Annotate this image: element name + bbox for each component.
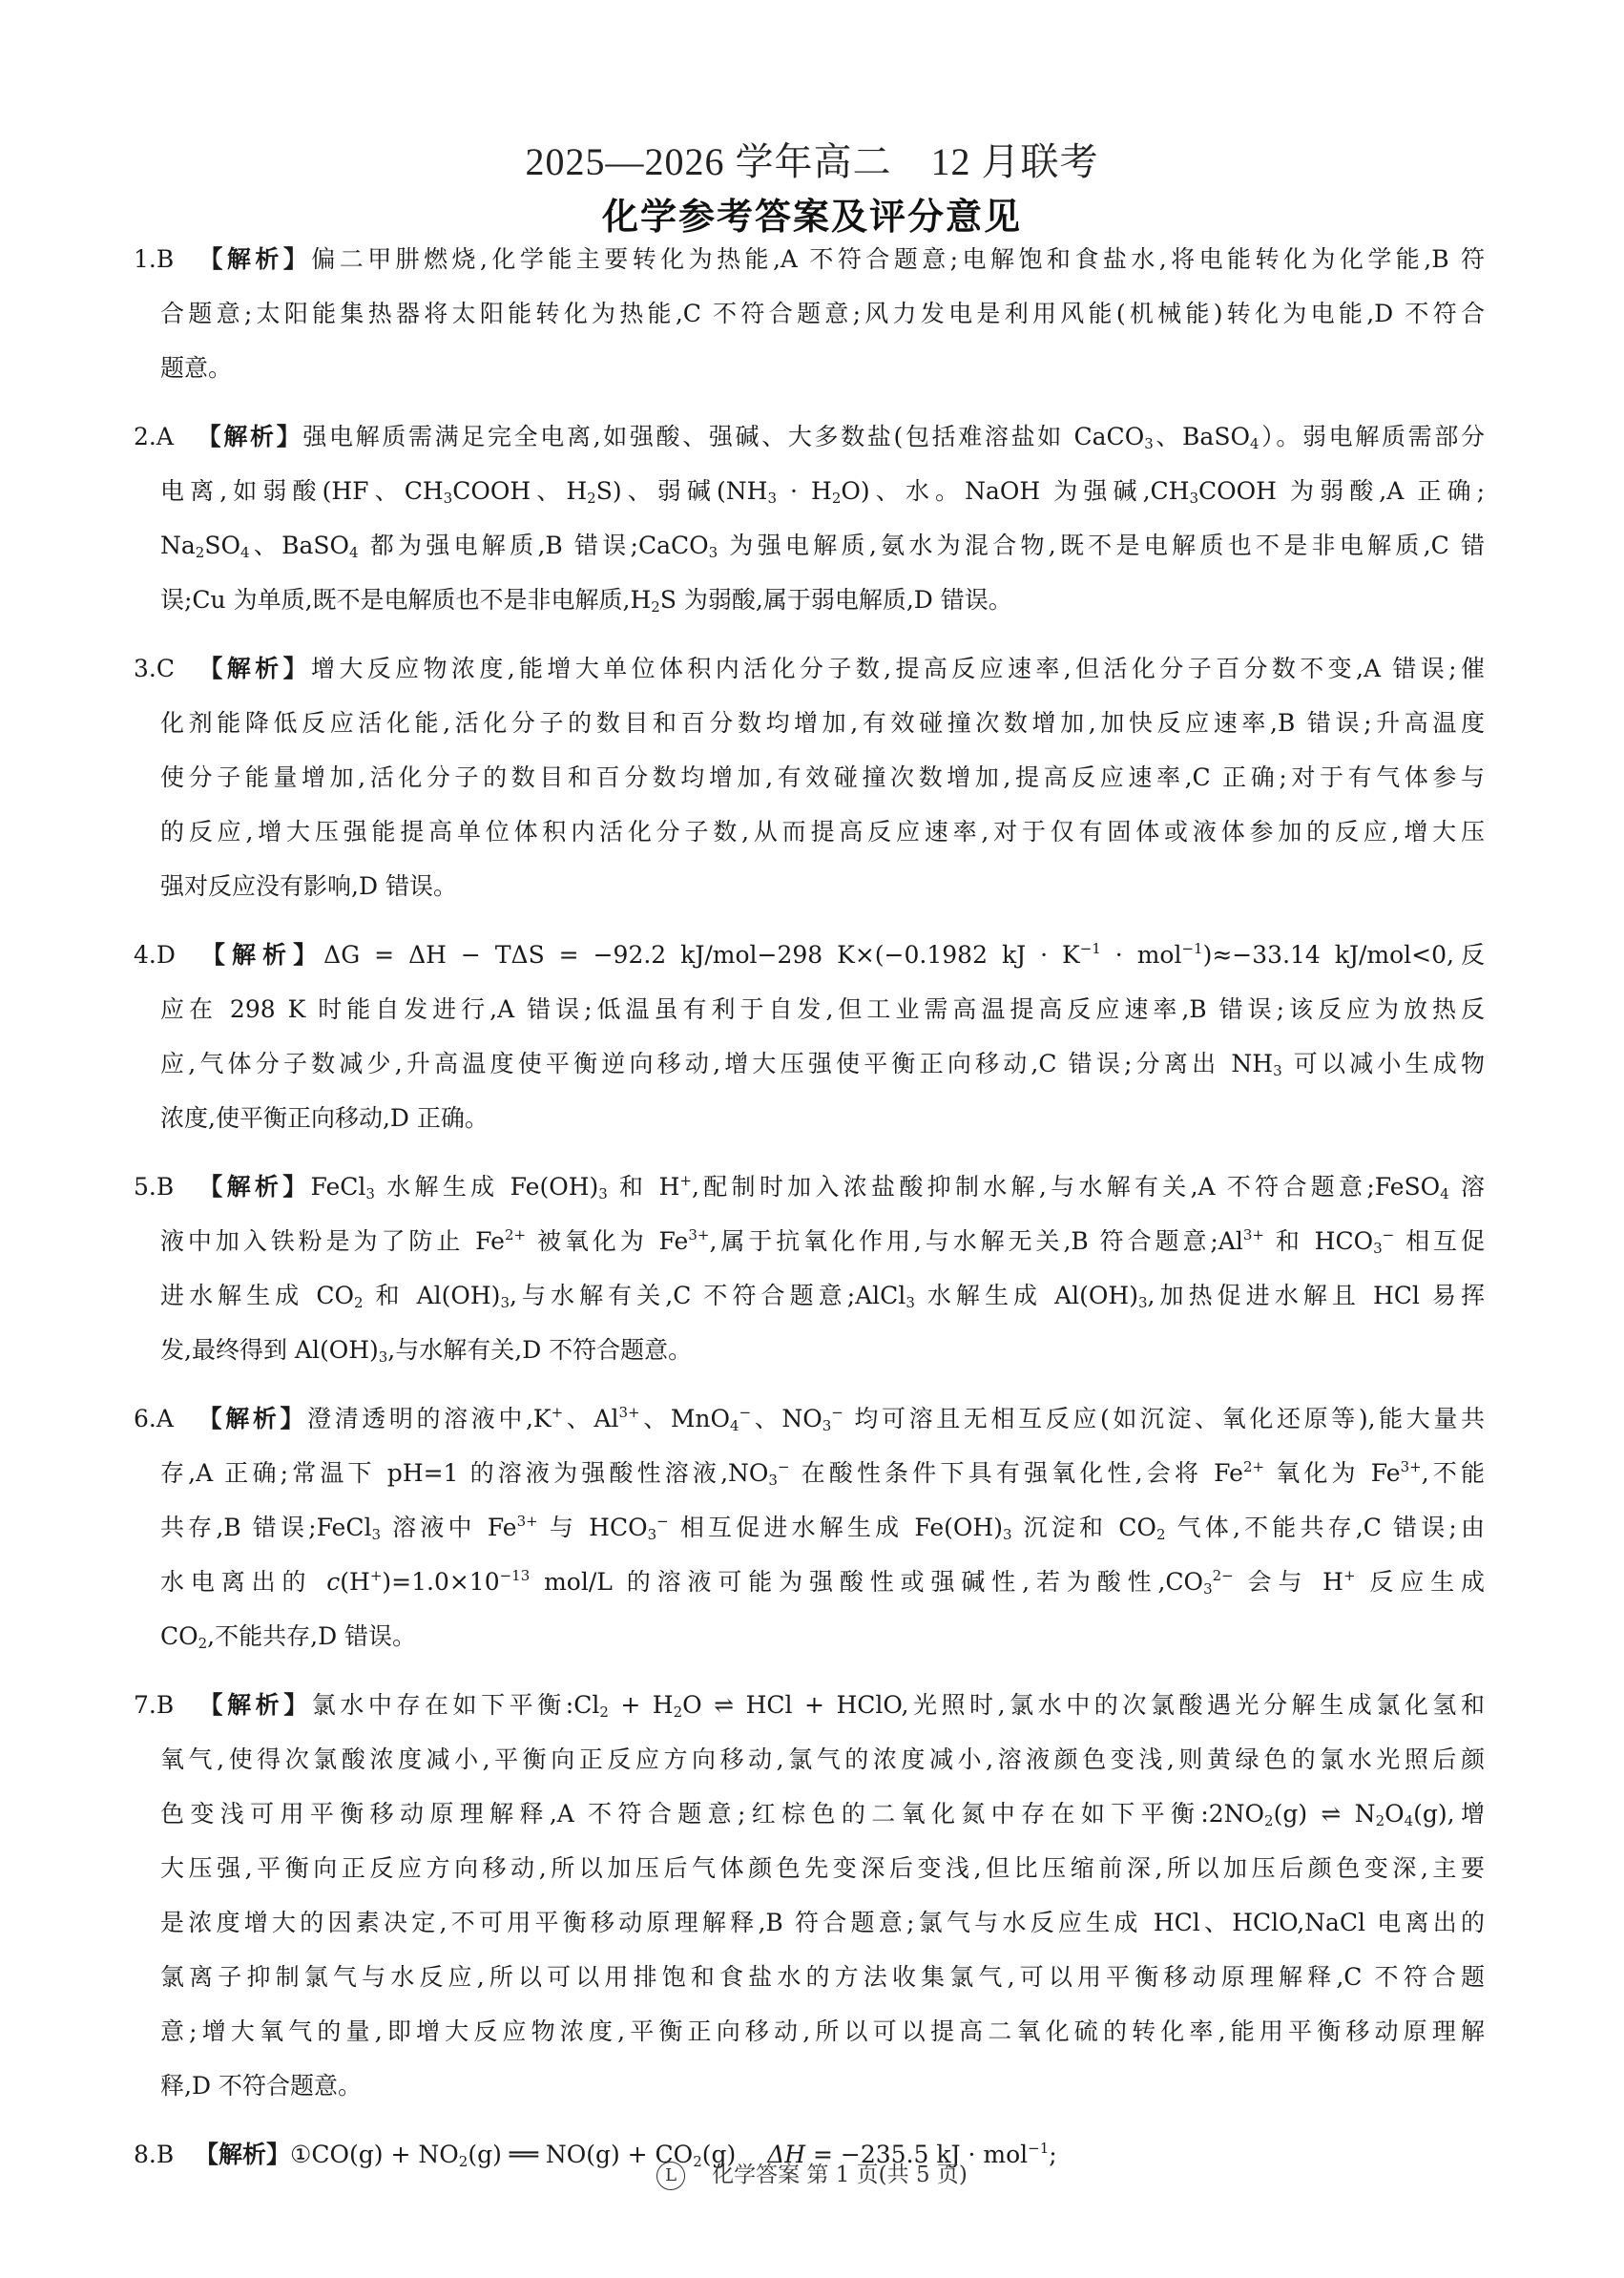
question-number: 1.B (134, 240, 195, 279)
text-segment: 合题意;太阳能集热器将太阳能转化为热能,C 不符合题意;风力发电是利用风能(机械… (160, 300, 1485, 327)
text-segment: 3+ (618, 1404, 639, 1421)
answer-first-line: 2.A【解析】强电解质需满足完全电离,如强酸、强碱、大多数盐(包括难溶盐如 Ca… (134, 418, 1485, 472)
text-segment: −1 (1028, 2140, 1049, 2157)
text-segment: 3 (767, 490, 777, 507)
text-segment: COOH、H (452, 477, 587, 505)
text-segment: 误;Cu 为单质,既不是电解质也不是非电解质,H (160, 586, 651, 614)
text-segment: 溶 (1449, 1173, 1485, 1201)
text-segment: 会与 H (1234, 1568, 1343, 1596)
text-segment: 3 (379, 1348, 388, 1366)
text-segment: 3+ (517, 1513, 538, 1530)
answer-item: 5.B【解析】FeCl3 水解生成 Fe(OH)3 和 H+,配制时加入浓盐酸抑… (134, 1168, 1485, 1386)
answer-item: 2.A【解析】强电解质需满足完全电离,如强酸、强碱、大多数盐(包括难溶盐如 Ca… (134, 418, 1485, 636)
answer-first-line: 3.C【解析】增大反应物浓度,能增大单位体积内活化分子数,提高反应速率,但活化分… (134, 650, 1485, 704)
answer-line: 合题意;太阳能集热器将太阳能转化为热能,C 不符合题意;风力发电是利用风能(机械… (134, 295, 1485, 349)
text-segment: 、NO (751, 1405, 822, 1432)
text-segment: 水电离出的 (160, 1568, 326, 1596)
answer-line: 化剂能降低反应活化能,活化分子的数目和百分数均增加,有效碰撞次数增加,加快反应速… (134, 704, 1485, 759)
text-segment: 为强电解质,氨水为混合物,既不是电解质也不是非电解质,C 错 (718, 532, 1485, 559)
text-segment: · mol (1101, 941, 1182, 969)
text-segment: 2 (198, 1635, 208, 1652)
answer-line: 大压强,平衡向正反应方向移动,所以加压后气体颜色先变深后变浅,但比压缩前深,所以… (134, 1850, 1485, 1904)
text-segment: − (831, 1404, 843, 1421)
text-segment: · H (777, 477, 832, 505)
exam-title: 2025—2026 学年高二 12 月联考 (0, 132, 1624, 186)
text-segment: 2 (1376, 1812, 1385, 1829)
answer-line: 浓度,使平衡正向移动,D 正确。 (134, 1099, 1485, 1154)
text-segment: ,配制时加入浓盐酸抑制水解,与水解有关,A 不符合题意;FeSO (692, 1173, 1440, 1201)
text-segment: 3 (365, 1185, 375, 1202)
text-segment: ）。弱电解质需部分 (1260, 423, 1485, 450)
publisher-logo-icon: L (656, 2162, 685, 2190)
answer-line: 使分子能量增加,活化分子的数目和百分数均增加,有效碰撞次数增加,提高反应速率,C… (134, 759, 1485, 813)
answer-line: 应,气体分子数减少,升高温度使平衡逆向移动,增大压强使平衡正向移动,C 错误;分… (134, 1045, 1485, 1099)
text-segment: 化剂能降低反应活化能,活化分子的数目和百分数均增加,有效碰撞次数增加,加快反应速… (160, 709, 1485, 737)
text-segment: 4 (1440, 1185, 1449, 1202)
text-segment: 的反应,增大压强能提高单位体积内活化分子数,从而提高反应速率,对于仅有固体或液体… (160, 818, 1485, 846)
answer-line: 液中加入铁粉是为了防止 Fe2+ 被氧化为 Fe3+,属于抗氧化作用,与水解无关… (134, 1223, 1485, 1277)
text-segment: 4 (1405, 1812, 1414, 1829)
text-segment: 2 (674, 1703, 683, 1721)
text-segment: 4 (349, 544, 359, 561)
text-segment: 水解生成 Al(OH) (915, 1282, 1138, 1309)
text-segment: ,属于抗氧化作用,与水解无关,B 符合题意;Al (709, 1227, 1242, 1255)
text-segment: ,与水解有关,D 不符合题意。 (387, 1336, 692, 1364)
text-segment: 3 (906, 1294, 915, 1311)
question-number: 7.B (134, 1686, 195, 1724)
document-title: 化学参考答案及评分意见 (0, 187, 1624, 240)
answer-first-line: 5.B【解析】FeCl3 水解生成 Fe(OH)3 和 H+,配制时加入浓盐酸抑… (134, 1168, 1485, 1223)
text-segment: S)、弱碱(NH (596, 477, 768, 505)
text-segment: 均可溶且无相互反应(如沉淀、氧化还原等),能大量共 (843, 1405, 1485, 1432)
text-segment: − (656, 1513, 669, 1530)
answer-line: 强对反应没有影响,D 错误。 (134, 867, 1485, 922)
text-segment: )=1.0×10 (382, 1568, 499, 1596)
analysis-label: 【解析】 (195, 1691, 312, 1719)
text-segment: 发,最终得到 Al(OH) (160, 1336, 379, 1364)
text-segment: 3 (444, 490, 453, 507)
text-segment: ,与水解有关,C 不符合题意;AlCl (510, 1282, 906, 1309)
text-segment: ,加热促进水解且 HCl 易挥 (1148, 1282, 1485, 1309)
text-segment: 3+ (1401, 1458, 1422, 1475)
answer-first-line: 7.B【解析】氯水中存在如下平衡:Cl2 + H2O ⇌ HCl + HClO,… (134, 1686, 1485, 1741)
text-segment: + (679, 1172, 692, 1189)
answer-line: 氯离子抑制氯气与水反应,所以可以用排饱和食盐水的方法收集氯气,可以用平衡移动原理… (134, 1958, 1485, 2013)
text-segment: 2 (599, 1703, 609, 1721)
text-segment: 电离,如弱酸(HF、CH (160, 477, 444, 505)
text-segment: 氧化为 Fe (1264, 1459, 1401, 1487)
text-segment: 被氧化为 Fe (526, 1227, 688, 1255)
answer-item: 1.B【解析】偏二甲肼燃烧,化学能主要转化为热能,A 不符合题意;电解饱和食盐水… (134, 240, 1485, 404)
text-segment: + (370, 1567, 383, 1584)
text-segment: ,不能 (1422, 1459, 1485, 1487)
text-segment: 2 (587, 490, 596, 507)
text-segment: 偏二甲肼燃烧,化学能主要转化为热能,A 不符合题意;电解饱和食盐水,将电能转化为… (311, 245, 1485, 273)
text-segment: 大压强,平衡向正反应方向移动,所以加压后气体颜色先变深后变浅,但比压缩前深,所以… (160, 1854, 1485, 1882)
text-segment: −13 (500, 1567, 531, 1584)
text-segment: 反应生成 (1356, 1568, 1485, 1596)
text-segment: )≈−33.14 kJ/mol<0,反 (1203, 941, 1485, 969)
text-segment: 3 (1273, 1062, 1282, 1079)
text-segment: 、BaSO (1154, 423, 1250, 450)
text-segment: − (739, 1404, 752, 1421)
text-segment: 与 HCO (538, 1514, 648, 1541)
text-segment: 3 (648, 1526, 657, 1543)
answer-first-line: 1.B【解析】偏二甲肼燃烧,化学能主要转化为热能,A 不符合题意;电解饱和食盐水… (134, 240, 1485, 295)
text-segment: 3+ (688, 1226, 709, 1243)
question-number: 2.A (134, 418, 195, 456)
answer-line: 释,D 不符合题意。 (134, 2067, 1485, 2121)
text-segment: 、BaSO (250, 532, 349, 559)
text-segment: 3 (1189, 490, 1198, 507)
answer-item: 7.B【解析】氯水中存在如下平衡:Cl2 + H2O ⇌ HCl + HClO,… (134, 1686, 1485, 2121)
text-segment: 和 Al(OH) (364, 1282, 501, 1309)
answer-item: 6.A【解析】澄清透明的溶液中,K+、Al3+、MnO4−、NO3− 均可溶且无… (134, 1400, 1485, 1672)
answer-line: 是浓度增大的因素决定,不可用平衡移动原理解释,B 符合题意;氯气与水反应生成 H… (134, 1904, 1485, 1958)
answer-line: 应在 298 K 时能自发进行,A 错误;低温虽有利于自发,但工业需高温提高反应… (134, 991, 1485, 1045)
text-segment: 相互促进水解生成 Fe(OH) (669, 1514, 1003, 1541)
text-segment: 2 (354, 1294, 364, 1311)
question-number: 3.C (134, 650, 195, 688)
text-segment: 、Al (563, 1405, 618, 1432)
text-segment: 增大反应物浓度,能增大单位体积内活化分子数,提高反应速率,但活化分子百分数不变,… (311, 655, 1485, 682)
text-segment: (g),增 (1413, 1800, 1485, 1828)
text-segment: 意;增大氧气的量,即增大反应物浓度,平衡正向移动,所以可以提高二氧化硫的转化率,… (160, 2017, 1485, 2045)
text-segment: + H (609, 1691, 674, 1719)
analysis-label: 【解析】 (195, 1173, 311, 1201)
answer-line: 发,最终得到 Al(OH)3,与水解有关,D 不符合题意。 (134, 1331, 1485, 1386)
answer-first-line: 4.D【解析】ΔG = ΔH − TΔS = −92.2 kJ/mol−298 … (134, 936, 1485, 991)
text-segment: 浓度,使平衡正向移动,D 正确。 (160, 1104, 489, 1132)
answer-list: 1.B【解析】偏二甲肼燃烧,化学能主要转化为热能,A 不符合题意;电解饱和食盐水… (134, 240, 1485, 2205)
analysis-label: 【解析】 (195, 1405, 307, 1432)
text-segment: ΔG = ΔH − TΔS = −92.2 kJ/mol−298 K×(−0.1… (323, 941, 1080, 969)
text-segment: 氯水中存在如下平衡:Cl (312, 1691, 600, 1719)
text-segment: 和 H (608, 1173, 680, 1201)
answer-line: 电离,如弱酸(HF、CH3COOH、H2S)、弱碱(NH3 · H2O)、水。N… (134, 472, 1485, 527)
text-segment: O)、水。NaOH 为强碱,CH (841, 477, 1189, 505)
page-footer: L化学答案 第 1 页(共 5 页) (0, 2157, 1624, 2190)
text-segment: 液中加入铁粉是为了防止 Fe (160, 1227, 505, 1255)
page-number-text: 化学答案 第 1 页(共 5 页) (712, 2163, 968, 2187)
text-segment: 存,A 正确;常温下 pH=1 的溶液为强酸性溶液,NO (160, 1459, 768, 1487)
text-segment: 3 (822, 1417, 832, 1434)
text-segment: 2 (651, 598, 660, 616)
answer-line: 水电离出的 c(H+)=1.0×10−13 mol/L 的溶液可能为强酸性或强碱… (134, 1563, 1485, 1618)
text-segment: 可以减小生成物 (1282, 1050, 1485, 1077)
text-segment: 是浓度增大的因素决定,不可用平衡移动原理解释,B 符合题意;氯气与水反应生成 H… (160, 1909, 1485, 1936)
text-segment: CO (160, 1622, 198, 1650)
text-segment: 色变浅可用平衡移动原理解释,A 不符合题意;红棕色的二氧化氮中存在如下平衡:2N… (160, 1800, 1264, 1828)
text-segment: 3 (500, 1294, 510, 1311)
text-segment: 共存,B 错误;FeCl (160, 1514, 371, 1541)
text-segment: 3 (1003, 1526, 1012, 1543)
text-segment: 进水解生成 CO (160, 1282, 354, 1309)
text-segment: SO (204, 532, 240, 559)
text-segment: 强对反应没有影响,D 错误。 (160, 872, 457, 900)
text-segment: 氯离子抑制氯气与水反应,所以可以用排饱和食盐水的方法收集氯气,可以用平衡移动原理… (160, 1963, 1485, 1991)
text-segment: 3 (1144, 435, 1154, 452)
answer-line: 误;Cu 为单质,既不是电解质也不是非电解质,H2S 为弱酸,属于弱电解质,D … (134, 581, 1485, 636)
text-segment: −1 (1080, 940, 1101, 957)
text-segment: + (1343, 1567, 1356, 1584)
text-segment: 和 HCO (1264, 1227, 1373, 1255)
text-segment: 3 (768, 1472, 778, 1489)
text-segment: (H (340, 1568, 370, 1596)
text-segment: 3 (371, 1526, 381, 1543)
text-segment: S 为弱酸,属于弱电解质,D 错误。 (660, 586, 1012, 614)
text-segment: mol/L 的溶液可能为强酸性或强碱性,若为酸性,CO (530, 1568, 1203, 1596)
text-segment: (g) ⇌ N (1274, 1800, 1376, 1828)
answer-line: CO2,不能共存,D 错误。 (134, 1618, 1485, 1672)
text-segment: 在酸性条件下具有强氧化性,会将 Fe (790, 1459, 1243, 1487)
answer-line: 意;增大氧气的量,即增大反应物浓度,平衡正向移动,所以可以提高二氧化硫的转化率,… (134, 2013, 1485, 2067)
text-segment: −1 (1181, 940, 1202, 957)
text-segment: 3 (709, 544, 718, 561)
analysis-label: 【解析】 (195, 941, 323, 969)
question-number: 5.B (134, 1168, 195, 1206)
text-segment: 2 (196, 544, 205, 561)
answer-item: 3.C【解析】增大反应物浓度,能增大单位体积内活化分子数,提高反应速率,但活化分… (134, 650, 1485, 922)
text-segment: 澄清透明的溶液中,K (307, 1405, 552, 1432)
text-segment: − (778, 1458, 790, 1475)
text-segment: 氧气,使得次氯酸浓度减小,平衡向正反应方向移动,氯气的浓度减小,溶液颜色变浅,则… (160, 1745, 1485, 1773)
text-segment: 3 (1138, 1294, 1148, 1311)
text-segment: 3 (598, 1185, 608, 1202)
answer-first-line: 6.A【解析】澄清透明的溶液中,K+、Al3+、MnO4−、NO3− 均可溶且无… (134, 1400, 1485, 1454)
analysis-label: 【解析】 (195, 245, 311, 273)
answer-line: 氧气,使得次氯酸浓度减小,平衡向正反应方向移动,氯气的浓度减小,溶液颜色变浅,则… (134, 1741, 1485, 1795)
text-segment: 应,气体分子数减少,升高温度使平衡逆向移动,增大压强使平衡正向移动,C 错误;分… (160, 1050, 1273, 1077)
text-segment: 应在 298 K 时能自发进行,A 错误;低温虽有利于自发,但工业需高温提高反应… (160, 995, 1485, 1023)
answer-line: Na2SO4、BaSO4 都为强电解质,B 错误;CaCO3 为强电解质,氨水为… (134, 527, 1485, 581)
text-segment: 都为强电解质,B 错误;CaCO (359, 532, 709, 559)
answer-line: 进水解生成 CO2 和 Al(OH)3,与水解有关,C 不符合题意;AlCl3 … (134, 1277, 1485, 1331)
text-segment: c (326, 1568, 340, 1596)
answer-line: 题意。 (134, 349, 1485, 404)
answer-item: 4.D【解析】ΔG = ΔH − TΔS = −92.2 kJ/mol−298 … (134, 936, 1485, 1154)
text-segment: 2+ (1243, 1458, 1264, 1475)
answer-line: 共存,B 错误;FeCl3 溶液中 Fe3+ 与 HCO3− 相互促进水解生成 … (134, 1509, 1485, 1563)
question-number: 4.D (134, 936, 195, 974)
text-segment: 3 (1373, 1240, 1383, 1257)
question-number: 6.A (134, 1400, 195, 1438)
text-segment: 3+ (1243, 1226, 1264, 1243)
text-segment: − (1383, 1226, 1395, 1243)
text-segment: 3 (1203, 1580, 1213, 1598)
text-segment: 4 (730, 1417, 739, 1434)
text-segment: 2+ (505, 1226, 526, 1243)
text-segment: 气体,不能共存,C 错误;由 (1165, 1514, 1485, 1541)
text-segment: 4 (240, 544, 250, 561)
analysis-label: 【解析】 (195, 655, 311, 682)
answer-line: 存,A 正确;常温下 pH=1 的溶液为强酸性溶液,NO3− 在酸性条件下具有强… (134, 1454, 1485, 1509)
text-segment: 2 (832, 490, 842, 507)
text-segment: + (552, 1404, 564, 1421)
text-segment: 相互促 (1394, 1227, 1485, 1255)
text-segment: 4 (1250, 435, 1260, 452)
text-segment: 2 (1264, 1812, 1274, 1829)
text-segment: 、MnO (640, 1405, 730, 1432)
text-segment: Na (160, 532, 196, 559)
text-segment: 水解生成 Fe(OH) (375, 1173, 598, 1201)
text-segment: ,不能共存,D 错误。 (207, 1622, 416, 1650)
text-segment: FeCl (311, 1173, 366, 1201)
text-segment: 使分子能量增加,活化分子的数目和百分数均增加,有效碰撞次数增加,提高反应速率,C… (160, 763, 1485, 791)
answer-line: 色变浅可用平衡移动原理解释,A 不符合题意;红棕色的二氧化氮中存在如下平衡:2N… (134, 1795, 1485, 1850)
text-segment: 溶液中 Fe (381, 1514, 517, 1541)
text-segment: O ⇌ HCl + HClO,光照时,氯水中的次氯酸遇光分解生成氯化氢和 (682, 1691, 1485, 1719)
text-segment: 沉淀和 CO (1012, 1514, 1156, 1541)
text-segment: 2− (1213, 1567, 1234, 1584)
text-segment: COOH 为弱酸,A 正确; (1198, 477, 1485, 505)
text-segment: 题意。 (160, 354, 232, 382)
answer-line: 的反应,增大压强能提高单位体积内活化分子数,从而提高反应速率,对于仅有固体或液体… (134, 813, 1485, 867)
text-segment: 释,D 不符合题意。 (160, 2072, 362, 2100)
text-segment: O (1385, 1800, 1405, 1828)
text-segment: 强电解质需满足完全电离,如强酸、强碱、大多数盐(包括难溶盐如 CaCO (302, 423, 1144, 450)
analysis-label: 【解析】 (195, 423, 302, 450)
